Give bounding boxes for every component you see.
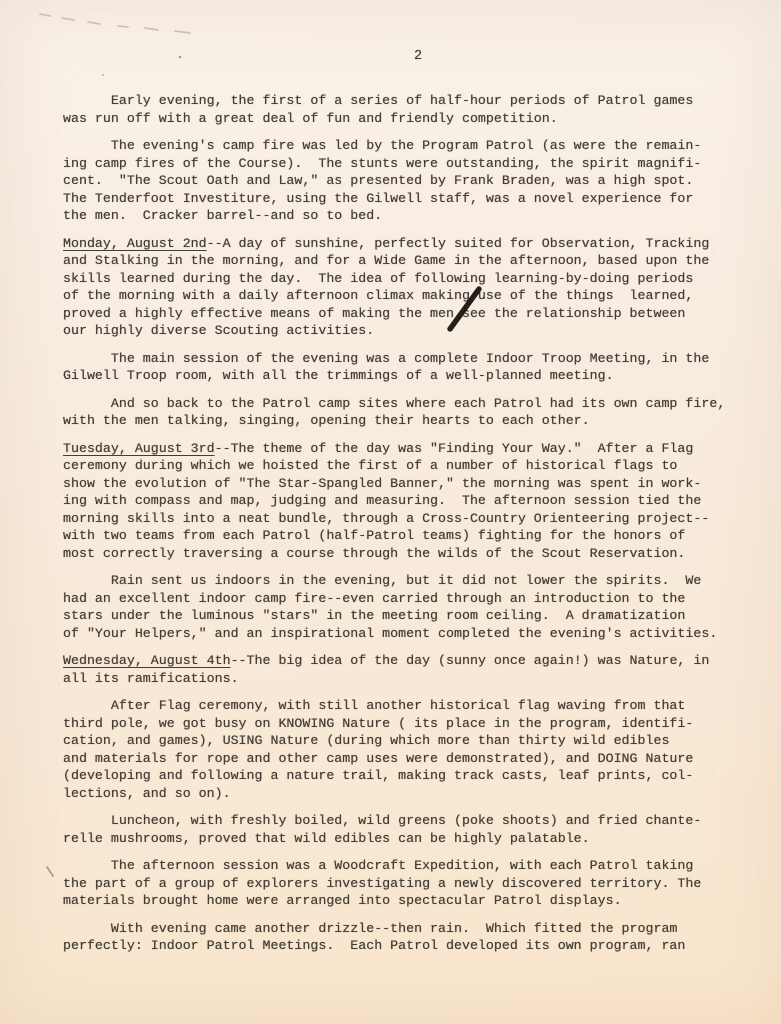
paragraph-campfire: The evening's camp fire was led by the P…	[63, 137, 753, 225]
paragraph-patrol-camp-sites: And so back to the Patrol camp sites whe…	[63, 395, 753, 430]
document-text: Early evening, the first of a series of …	[63, 92, 753, 955]
paragraph-text: The evening's camp fire was led by the P…	[63, 138, 701, 223]
paragraph-flag-ceremony-nature: After Flag ceremony, with still another …	[63, 697, 753, 802]
paragraph-text: And so back to the Patrol camp sites whe…	[63, 396, 725, 429]
paragraph-text: Luncheon, with freshly boiled, wild gree…	[63, 813, 701, 846]
paragraph-text: Early evening, the first of a series of …	[63, 93, 693, 126]
paragraph-woodcraft-expedition: The afternoon session was a Woodcraft Ex…	[63, 857, 753, 910]
paragraph-early-evening: Early evening, the first of a series of …	[63, 92, 753, 127]
paragraph-text: --The theme of the day was "Finding Your…	[63, 441, 709, 561]
document-page: 2 Early evening, the first of a series o…	[0, 0, 781, 1024]
paragraph-luncheon: Luncheon, with freshly boiled, wild gree…	[63, 812, 753, 847]
paragraph-text: The afternoon session was a Woodcraft Ex…	[63, 858, 701, 908]
paragraph-wednesday-aug-4: Wednesday, August 4th--The big idea of t…	[63, 652, 753, 687]
margin-slash-mark	[47, 867, 53, 876]
paragraph-text: With evening came another drizzle--then …	[63, 921, 685, 954]
page-number: 2	[414, 48, 422, 66]
date-heading-tuesday: Tuesday, August 3rd	[63, 441, 215, 456]
paragraph-tuesday-aug-3: Tuesday, August 3rd--The theme of the da…	[63, 440, 753, 563]
paragraph-monday-aug-2: Monday, August 2nd--A day of sunshine, p…	[63, 235, 753, 340]
date-heading-monday: Monday, August 2nd	[63, 236, 207, 251]
paragraph-text: The main session of the evening was a co…	[63, 351, 709, 384]
date-heading-wednesday: Wednesday, August 4th	[63, 653, 231, 668]
paragraph-evening-drizzle: With evening came another drizzle--then …	[63, 920, 753, 955]
pencil-scribble-mark	[40, 14, 190, 33]
paragraph-text: Rain sent us indoors in the evening, but…	[63, 573, 717, 641]
paper-speck	[102, 74, 104, 76]
paragraph-rain-indoors: Rain sent us indoors in the evening, but…	[63, 572, 753, 642]
paper-speck	[179, 56, 182, 59]
paragraph-main-session: The main session of the evening was a co…	[63, 350, 753, 385]
paragraph-text: After Flag ceremony, with still another …	[63, 698, 693, 801]
